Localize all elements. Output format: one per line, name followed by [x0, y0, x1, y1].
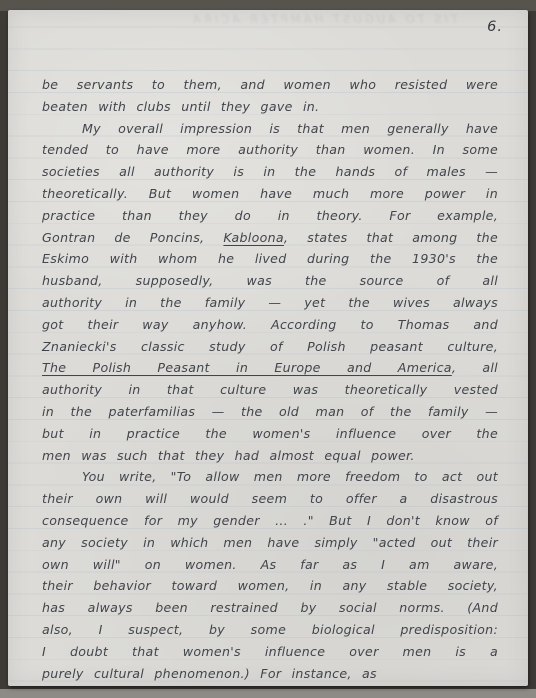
handwritten-line: authority in the family — yet the wives …	[42, 292, 498, 314]
handwritten-text: You write, "To allow men more freedom to…	[82, 469, 498, 484]
handwritten-text: also, I suspect, by some biological pred…	[42, 622, 498, 637]
handwritten-text: practice than they do in theory. For exa…	[42, 208, 498, 223]
handwritten-line: own will" on women. As far as I am aware…	[42, 554, 498, 576]
handwritten-text: any society in which men have simply "ac…	[42, 535, 498, 550]
handwritten-line: beaten with clubs until they gave in.	[42, 96, 498, 118]
handwritten-line: consequence for my gender ... ." But I d…	[42, 510, 498, 532]
handwritten-text: beaten with clubs until they gave in.	[42, 99, 319, 114]
handwritten-line: also, I suspect, by some biological pred…	[42, 619, 498, 641]
handwritten-line: be servants to them, and women who resis…	[42, 74, 498, 96]
handwritten-line: their own will would seem to offer a dis…	[42, 488, 498, 510]
handwritten-text: , states that among the	[284, 230, 498, 245]
handwritten-text: in the paterfamilias — the old man of th…	[42, 404, 498, 419]
underlined-title-text: The Polish Peasant in Europe and America	[42, 360, 452, 375]
handwritten-line: My overall impression is that men genera…	[42, 118, 498, 140]
handwritten-text: own will" on women. As far as I am aware…	[42, 557, 498, 572]
handwritten-line: their behavior toward women, in any stab…	[42, 575, 498, 597]
handwritten-text: authority in the family — yet the wives …	[42, 295, 498, 310]
handwritten-line: husband, supposedly, was the source of a…	[42, 270, 498, 292]
handwritten-text: but in practice the women's influence ov…	[42, 426, 498, 441]
handwritten-line: I doubt that women's influence over men …	[42, 641, 498, 663]
handwritten-text: men was such that they had almost equal …	[42, 448, 415, 463]
handwritten-line: but in practice the women's influence ov…	[42, 423, 498, 445]
handwritten-text: their own will would seem to offer a dis…	[42, 491, 498, 506]
scan-frame: TIS TO AUGUST HAMPTER ACIRA 6. be servan…	[0, 0, 536, 698]
handwritten-text: husband, supposedly, was the source of a…	[42, 273, 498, 288]
page-number: 6.	[487, 19, 503, 35]
underlined-title-text: Kabloona	[223, 230, 284, 245]
handwritten-text: purely cultural phenomenon.) For instanc…	[42, 666, 377, 681]
handwritten-line: tended to have more authority than women…	[42, 139, 498, 161]
handwritten-line: purely cultural phenomenon.) For instanc…	[42, 663, 498, 685]
handwritten-text: has always been restrained by social nor…	[42, 600, 498, 615]
handwritten-text: Gontran de Poncins,	[42, 230, 223, 245]
handwritten-text: got their way anyhow. According to Thoma…	[42, 317, 498, 332]
handwritten-line: The Polish Peasant in Europe and America…	[42, 357, 498, 379]
handwritten-line: Znaniecki's classic study of Polish peas…	[42, 336, 498, 358]
handwritten-text: I doubt that women's influence over men …	[42, 644, 498, 659]
handwritten-line: theoretically. But women have much more …	[42, 183, 498, 205]
handwritten-line: You write, "To allow men more freedom to…	[42, 466, 498, 488]
handwritten-text: Eskimo with whom he lived during the 193…	[42, 251, 498, 266]
handwritten-line: has always been restrained by social nor…	[42, 597, 498, 619]
ink-bleed-through: TIS TO AUGUST HAMPTER ACIRA	[38, 12, 458, 26]
handwritten-text: theoretically. But women have much more …	[42, 186, 498, 201]
handwritten-text: their behavior toward women, in any stab…	[42, 578, 498, 593]
paper-page: TIS TO AUGUST HAMPTER ACIRA 6. be servan…	[8, 10, 528, 686]
handwritten-text: be servants to them, and women who resis…	[42, 77, 498, 92]
handwritten-line: Eskimo with whom he lived during the 193…	[42, 248, 498, 270]
handwritten-text: , all	[452, 360, 498, 375]
handwritten-text: Znaniecki's classic study of Polish peas…	[42, 339, 498, 354]
handwritten-line: got their way anyhow. According to Thoma…	[42, 314, 498, 336]
handwritten-line: practice than they do in theory. For exa…	[42, 205, 498, 227]
scan-border-bottom	[0, 689, 536, 698]
handwritten-line: authority in that culture was theoretica…	[42, 379, 498, 401]
handwritten-text: consequence for my gender ... ." But I d…	[42, 513, 498, 528]
handwritten-line: men was such that they had almost equal …	[42, 445, 498, 467]
handwritten-line: societies all authority is in the hands …	[42, 161, 498, 183]
handwritten-line: in the paterfamilias — the old man of th…	[42, 401, 498, 423]
handwritten-text: tended to have more authority than women…	[42, 142, 498, 157]
handwritten-text: authority in that culture was theoretica…	[42, 382, 498, 397]
handwritten-text: societies all authority is in the hands …	[42, 164, 498, 179]
handwritten-text: My overall impression is that men genera…	[82, 121, 498, 136]
handwritten-line: any society in which men have simply "ac…	[42, 532, 498, 554]
manuscript-text: be servants to them, and women who resis…	[42, 74, 498, 684]
handwritten-line: Gontran de Poncins, Kabloona, states tha…	[42, 227, 498, 249]
